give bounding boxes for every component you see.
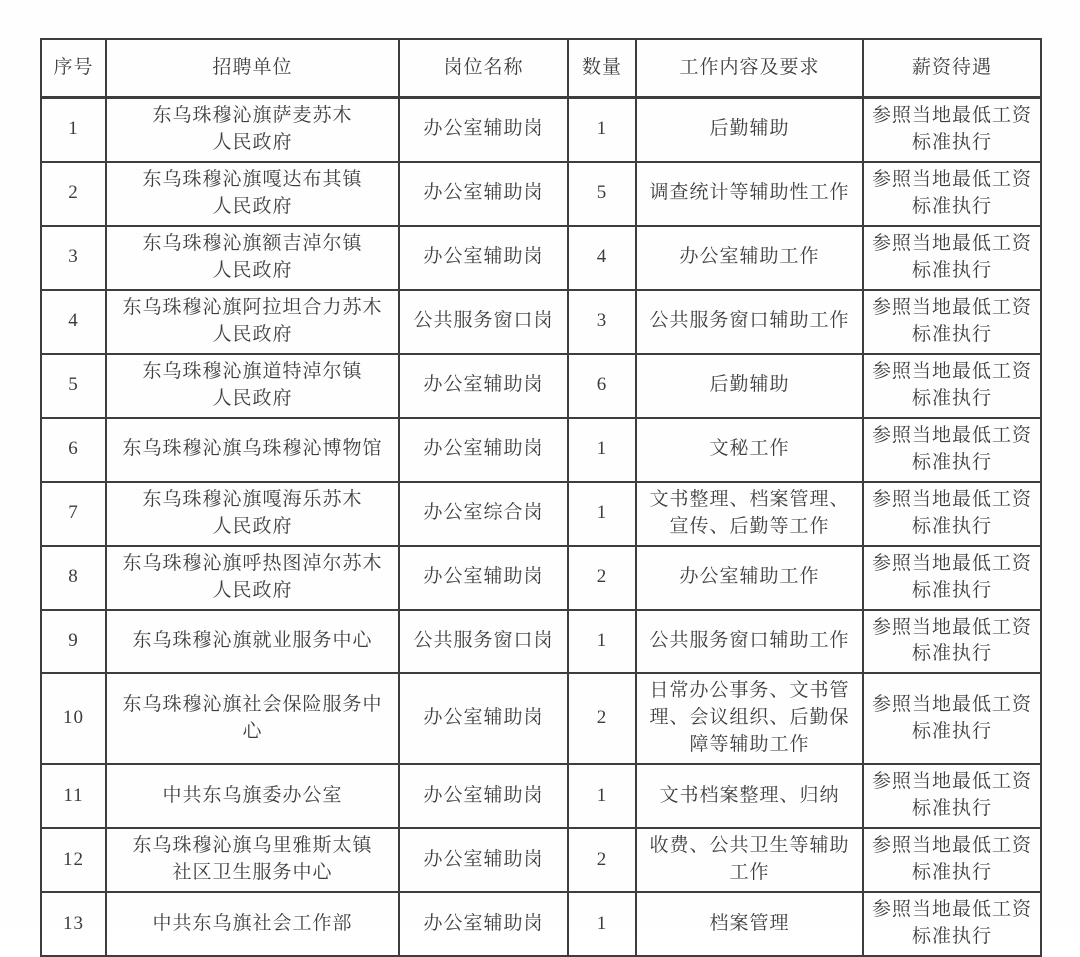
table-row: 2东乌珠穆沁旗嘎达布其镇 人民政府办公室辅助岗5调查统计等辅助性工作参照当地最低…: [41, 162, 1041, 226]
cell-index: 1: [41, 98, 106, 162]
cell-position: 办公室辅助岗: [399, 673, 568, 764]
recruitment-table: 序号招聘单位岗位名称数量工作内容及要求薪资待遇 1东乌珠穆沁旗萨麦苏木 人民政府…: [40, 38, 1042, 957]
cell-position: 办公室辅助岗: [399, 828, 568, 892]
table-row: 13中共东乌旗社会工作部办公室辅助岗1档案管理参照当地最低工资 标准执行: [41, 892, 1041, 956]
table-row: 10东乌珠穆沁旗社会保险服务中 心办公室辅助岗2日常办公事务、文书管 理、会议组…: [41, 673, 1041, 764]
cell-unit: 东乌珠穆沁旗乌里雅斯太镇 社区卫生服务中心: [106, 828, 399, 892]
header-cell-salary: 薪资待遇: [863, 39, 1041, 98]
cell-duties: 后勤辅助: [636, 98, 863, 162]
table-row: 3东乌珠穆沁旗额吉淖尔镇 人民政府办公室辅助岗4办公室辅助工作参照当地最低工资 …: [41, 226, 1041, 290]
cell-count: 6: [568, 354, 636, 418]
header-cell-index: 序号: [41, 39, 106, 98]
cell-index: 13: [41, 892, 106, 956]
cell-count: 2: [568, 828, 636, 892]
cell-duties: 办公室辅助工作: [636, 226, 863, 290]
cell-position: 办公室辅助岗: [399, 764, 568, 828]
cell-index: 10: [41, 673, 106, 764]
cell-index: 5: [41, 354, 106, 418]
table-row: 7东乌珠穆沁旗嘎海乐苏木 人民政府办公室综合岗1文书整理、档案管理、 宣传、后勤…: [41, 482, 1041, 546]
cell-salary: 参照当地最低工资 标准执行: [863, 764, 1041, 828]
cell-position: 办公室辅助岗: [399, 226, 568, 290]
header-cell-position: 岗位名称: [399, 39, 568, 98]
cell-index: 12: [41, 828, 106, 892]
cell-duties: 公共服务窗口辅助工作: [636, 290, 863, 354]
cell-count: 1: [568, 418, 636, 482]
cell-position: 公共服务窗口岗: [399, 290, 568, 354]
cell-count: 2: [568, 546, 636, 610]
cell-salary: 参照当地最低工资 标准执行: [863, 828, 1041, 892]
cell-unit: 东乌珠穆沁旗呼热图淖尔苏木 人民政府: [106, 546, 399, 610]
cell-position: 办公室辅助岗: [399, 162, 568, 226]
cell-unit: 中共东乌旗委办公室: [106, 764, 399, 828]
cell-position: 办公室辅助岗: [399, 892, 568, 956]
table-row: 8东乌珠穆沁旗呼热图淖尔苏木 人民政府办公室辅助岗2办公室辅助工作参照当地最低工…: [41, 546, 1041, 610]
cell-unit: 东乌珠穆沁旗嘎海乐苏木 人民政府: [106, 482, 399, 546]
cell-count: 4: [568, 226, 636, 290]
cell-duties: 公共服务窗口辅助工作: [636, 610, 863, 674]
header-cell-unit: 招聘单位: [106, 39, 399, 98]
cell-index: 2: [41, 162, 106, 226]
cell-salary: 参照当地最低工资 标准执行: [863, 98, 1041, 162]
cell-unit: 东乌珠穆沁旗乌珠穆沁博物馆: [106, 418, 399, 482]
cell-salary: 参照当地最低工资 标准执行: [863, 482, 1041, 546]
cell-salary: 参照当地最低工资 标准执行: [863, 546, 1041, 610]
cell-index: 4: [41, 290, 106, 354]
cell-index: 9: [41, 610, 106, 674]
cell-position: 办公室综合岗: [399, 482, 568, 546]
cell-count: 3: [568, 290, 636, 354]
cell-duties: 文书档案整理、归纳: [636, 764, 863, 828]
cell-count: 2: [568, 673, 636, 764]
header-row: 序号招聘单位岗位名称数量工作内容及要求薪资待遇: [41, 39, 1041, 98]
table-row: 11中共东乌旗委办公室办公室辅助岗1文书档案整理、归纳参照当地最低工资 标准执行: [41, 764, 1041, 828]
cell-unit: 东乌珠穆沁旗道特淖尔镇 人民政府: [106, 354, 399, 418]
table-row: 1东乌珠穆沁旗萨麦苏木 人民政府办公室辅助岗1后勤辅助参照当地最低工资 标准执行: [41, 98, 1041, 162]
cell-salary: 参照当地最低工资 标准执行: [863, 290, 1041, 354]
table-row: 4东乌珠穆沁旗阿拉坦合力苏木 人民政府公共服务窗口岗3公共服务窗口辅助工作参照当…: [41, 290, 1041, 354]
cell-unit: 东乌珠穆沁旗萨麦苏木 人民政府: [106, 98, 399, 162]
cell-position: 办公室辅助岗: [399, 418, 568, 482]
cell-unit: 东乌珠穆沁旗阿拉坦合力苏木 人民政府: [106, 290, 399, 354]
cell-salary: 参照当地最低工资 标准执行: [863, 162, 1041, 226]
cell-unit: 东乌珠穆沁旗就业服务中心: [106, 610, 399, 674]
table-row: 6东乌珠穆沁旗乌珠穆沁博物馆办公室辅助岗1文秘工作参照当地最低工资 标准执行: [41, 418, 1041, 482]
table-row: 12东乌珠穆沁旗乌里雅斯太镇 社区卫生服务中心办公室辅助岗2收费、公共卫生等辅助…: [41, 828, 1041, 892]
cell-position: 办公室辅助岗: [399, 98, 568, 162]
cell-duties: 收费、公共卫生等辅助 工作: [636, 828, 863, 892]
cell-unit: 东乌珠穆沁旗嘎达布其镇 人民政府: [106, 162, 399, 226]
cell-count: 1: [568, 98, 636, 162]
cell-duties: 档案管理: [636, 892, 863, 956]
header-cell-duties: 工作内容及要求: [636, 39, 863, 98]
table-row: 9东乌珠穆沁旗就业服务中心公共服务窗口岗1公共服务窗口辅助工作参照当地最低工资 …: [41, 610, 1041, 674]
cell-salary: 参照当地最低工资 标准执行: [863, 673, 1041, 764]
page: 序号招聘单位岗位名称数量工作内容及要求薪资待遇 1东乌珠穆沁旗萨麦苏木 人民政府…: [0, 0, 1080, 930]
cell-salary: 参照当地最低工资 标准执行: [863, 354, 1041, 418]
cell-salary: 参照当地最低工资 标准执行: [863, 226, 1041, 290]
cell-position: 办公室辅助岗: [399, 354, 568, 418]
cell-unit: 中共东乌旗社会工作部: [106, 892, 399, 956]
cell-index: 6: [41, 418, 106, 482]
cell-position: 办公室辅助岗: [399, 546, 568, 610]
cell-salary: 参照当地最低工资 标准执行: [863, 418, 1041, 482]
cell-index: 11: [41, 764, 106, 828]
table-body: 1东乌珠穆沁旗萨麦苏木 人民政府办公室辅助岗1后勤辅助参照当地最低工资 标准执行…: [41, 98, 1041, 957]
table-row: 5东乌珠穆沁旗道特淖尔镇 人民政府办公室辅助岗6后勤辅助参照当地最低工资 标准执…: [41, 354, 1041, 418]
cell-duties: 文秘工作: [636, 418, 863, 482]
cell-count: 5: [568, 162, 636, 226]
cell-count: 1: [568, 610, 636, 674]
cell-count: 1: [568, 482, 636, 546]
header-cell-count: 数量: [568, 39, 636, 98]
cell-count: 1: [568, 892, 636, 956]
cell-duties: 日常办公事务、文书管 理、会议组织、后勤保 障等辅助工作: [636, 673, 863, 764]
cell-duties: 文书整理、档案管理、 宣传、后勤等工作: [636, 482, 863, 546]
cell-salary: 参照当地最低工资 标准执行: [863, 610, 1041, 674]
cell-duties: 后勤辅助: [636, 354, 863, 418]
cell-index: 8: [41, 546, 106, 610]
cell-index: 3: [41, 226, 106, 290]
cell-salary: 参照当地最低工资 标准执行: [863, 892, 1041, 956]
cell-index: 7: [41, 482, 106, 546]
cell-count: 1: [568, 764, 636, 828]
cell-duties: 调查统计等辅助性工作: [636, 162, 863, 226]
cell-unit: 东乌珠穆沁旗额吉淖尔镇 人民政府: [106, 226, 399, 290]
cell-position: 公共服务窗口岗: [399, 610, 568, 674]
cell-unit: 东乌珠穆沁旗社会保险服务中 心: [106, 673, 399, 764]
cell-duties: 办公室辅助工作: [636, 546, 863, 610]
